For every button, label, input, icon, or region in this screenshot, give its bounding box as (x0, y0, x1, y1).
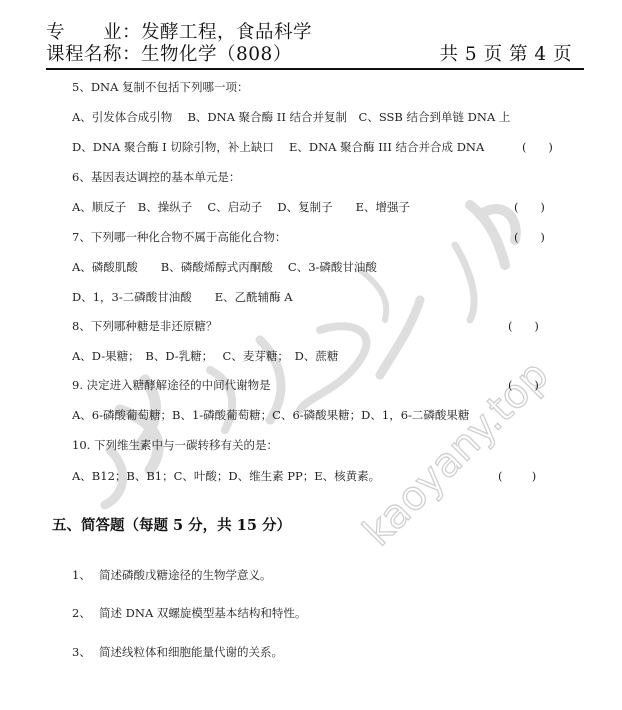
question-6-answer-blank[interactable]: ( ) (514, 200, 545, 214)
short-answer-3-number: 3、 (72, 645, 99, 659)
question-10-stem: 10. 下列维生素中与一碳转移有关的是： (72, 438, 278, 452)
short-answer-3-text: 简述线粒体和细胞能量代谢的关系。 (99, 645, 283, 659)
course-line: 课程名称：生物化学（808） 共 5 页 第 4 页 (46, 44, 584, 66)
question-7-stem: 7、下列哪一种化合物不属于高能化合物： (72, 230, 286, 244)
page-info: 共 5 页 第 4 页 (440, 44, 572, 66)
question-5-options-1: A、引发体合成引物 B、DNA 聚合酶 II 结合并复制 C、SSB 结合到单链… (72, 110, 510, 124)
short-answer-1-number: 1、 (72, 568, 99, 582)
question-8-stem: 8、下列哪种糖是非还原糖？ (72, 319, 217, 333)
question-7-options-2: D、1，3-二磷酸甘油酸 E、乙酰辅酶 A (72, 290, 293, 304)
question-8-options-1: A、D-果糖； B、D-乳糖； C、麦芽糖； D、蔗糖 (72, 349, 338, 363)
major-line: 专 业：发酵工程，食品科学 (46, 22, 584, 44)
course-value: 生物化学（808） (141, 44, 292, 65)
question-6-options-1: A、顺反子 B、操纵子 C、启动子 D、复制子 E、增强子 (72, 200, 410, 214)
question-5-stem: 5、DNA 复制不包括下列哪一项： (72, 80, 249, 94)
question-5-options-2: D、DNA 聚合酶 I 切除引物，补上缺口 E、DNA 聚合酶 III 结合并合… (72, 140, 484, 154)
question-9-stem: 9. 决定进入糖酵解途径的中间代谢物是 (72, 378, 271, 392)
question-6-stem: 6、基因表达调控的基本单元是： (72, 170, 240, 184)
header-divider (46, 68, 584, 70)
major-label: 专 业： (46, 22, 141, 43)
question-9-answer-blank[interactable]: ( ) (508, 378, 539, 392)
question-10-options-1: A、B12；B、B1；C、叶酸；D、维生素 PP；E、核黄素。 (72, 469, 380, 483)
question-7-answer-blank[interactable]: ( ) (514, 230, 545, 244)
short-answer-1-text: 简述磷酸戊糖途径的生物学意义。 (99, 568, 272, 582)
question-8-answer-blank[interactable]: ( ) (508, 319, 539, 333)
short-answer-2: 2、简述 DNA 双螺旋模型基本结构和特性。 (72, 606, 306, 620)
exam-header: 专 业：发酵工程，食品科学 课程名称：生物化学（808） 共 5 页 第 4 页 (46, 22, 584, 66)
course-label: 课程名称： (46, 44, 141, 65)
question-7-options-1: A、磷酸肌酸 B、磷酸烯醇式丙酮酸 C、3-磷酸甘油酸 (72, 260, 377, 274)
question-9-options-1: A、6-磷酸葡萄糖；B、1-磷酸葡萄糖；C、6-磷酸果糖；D、1，6-二磷酸果糖 (72, 408, 469, 422)
short-answer-2-number: 2、 (72, 606, 99, 620)
section-5-title: 五、简答题（每题 5 分，共 15 分） (52, 514, 291, 535)
short-answer-2-text: 简述 DNA 双螺旋模型基本结构和特性。 (99, 606, 306, 620)
major-value: 发酵工程，食品科学 (141, 22, 312, 43)
short-answer-1: 1、简述磷酸戊糖途径的生物学意义。 (72, 568, 272, 582)
question-5-answer-blank[interactable]: ( ) (522, 140, 553, 154)
question-10-answer-blank[interactable]: ( ) (498, 469, 536, 483)
short-answer-3: 3、简述线粒体和细胞能量代谢的关系。 (72, 645, 283, 659)
